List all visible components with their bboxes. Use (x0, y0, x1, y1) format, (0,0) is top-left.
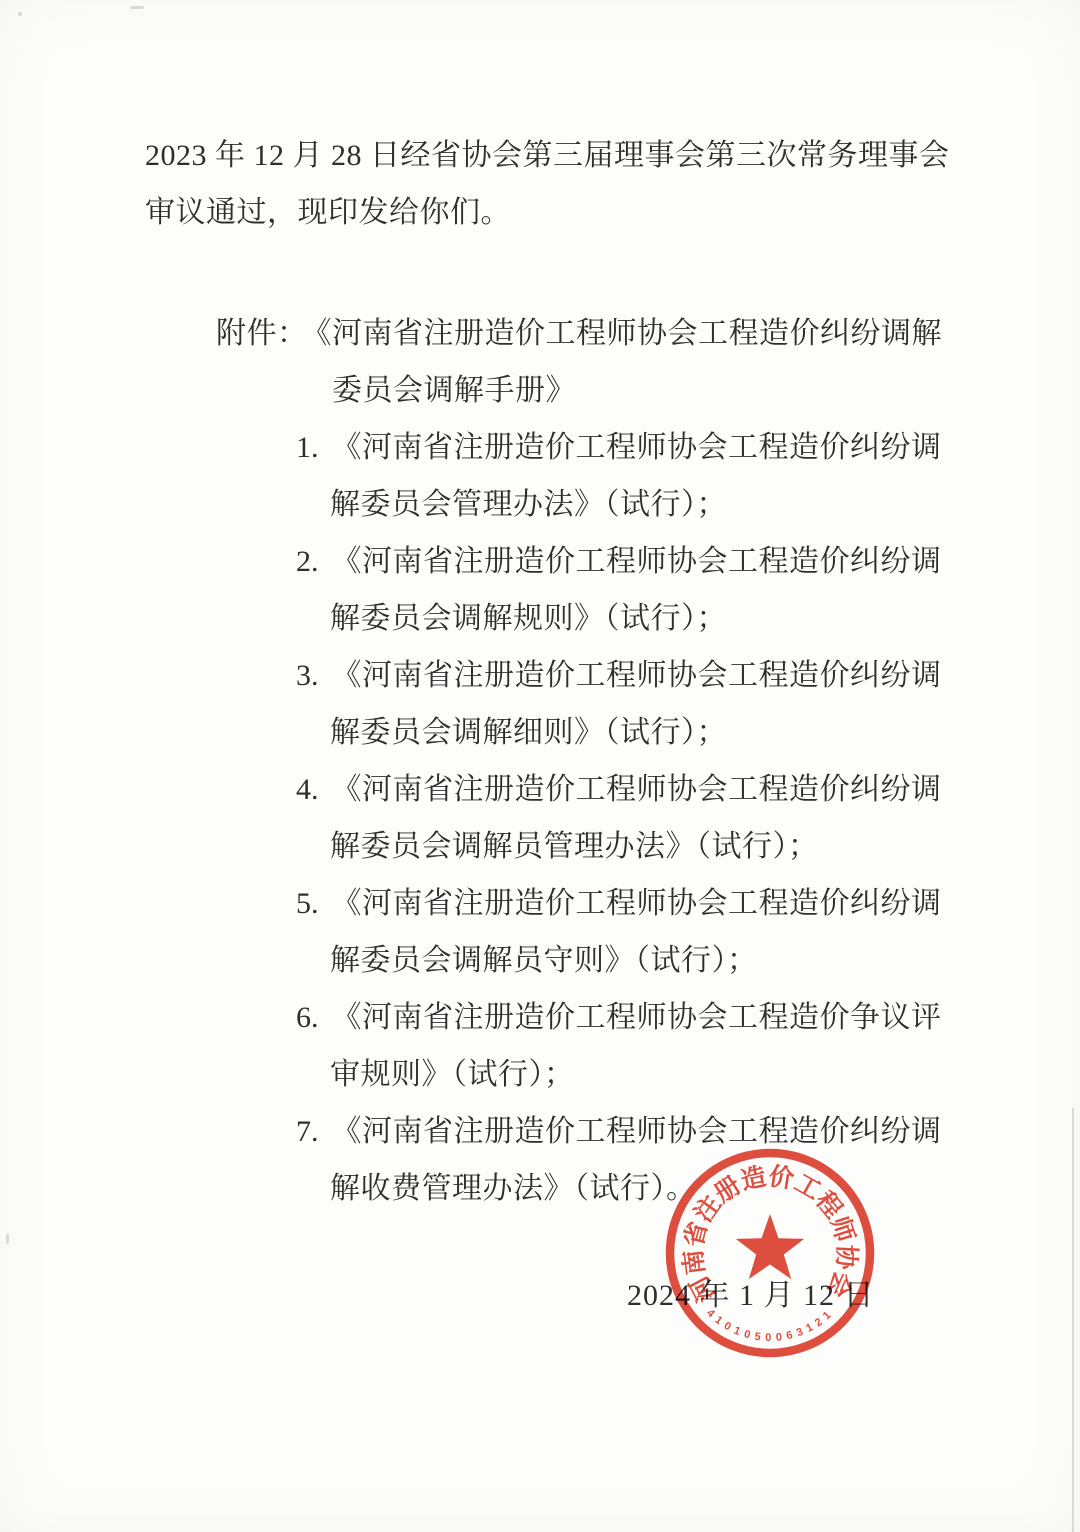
scan-artifact (6, 1234, 9, 1244)
official-seal: 河南省注册造价工程师协会 4101050063121 (655, 1138, 885, 1368)
item-text: 《河南省注册造价工程师协会工程造价纠纷调 (332, 659, 942, 692)
star-icon (736, 1214, 804, 1279)
list-item: 6.《河南省注册造价工程师协会工程造价争议评 审规则》（试行）； (145, 989, 945, 1103)
list-item: 2.《河南省注册造价工程师协会工程造价纠纷调 解委员会调解规则》（试行）； (145, 533, 945, 647)
text-line: 审议通过，现印发给你们。 (145, 184, 945, 241)
scan-edge-artifact (1072, 1108, 1074, 1532)
item-text: 《河南省注册造价工程师协会工程造价争议评 (332, 1001, 942, 1034)
attachment-title-line2: 委员会调解手册》 (332, 362, 945, 419)
item-text: 审规则》（试行）； (330, 1046, 945, 1103)
item-number: 4. (296, 761, 319, 818)
item-text: 《河南省注册造价工程师协会工程造价纠纷调 (332, 887, 942, 920)
item-number: 6. (296, 989, 319, 1046)
item-text: 解委员会调解员守则》（试行）； (330, 932, 945, 989)
attachment-list: 附件：《河南省注册造价工程师协会工程造价纠纷调解 委员会调解手册》 1.《河南省… (145, 305, 945, 1217)
item-number: 3. (296, 647, 319, 704)
item-text: 解委员会调解员管理办法》（试行）； (330, 818, 945, 875)
item-text: 《河南省注册造价工程师协会工程造价纠纷调 (332, 431, 942, 464)
scan-artifact (18, 12, 22, 16)
intro-paragraph: 2023 年 12 月 28 日经省协会第三届理事会第三次常务理事会 审议通过，… (145, 127, 945, 241)
item-number: 2. (296, 533, 319, 590)
document-body: 2023 年 12 月 28 日经省协会第三届理事会第三次常务理事会 审议通过，… (145, 127, 945, 1217)
item-text: 解委员会调解细则》（试行）； (330, 704, 945, 761)
item-text: 《河南省注册造价工程师协会工程造价纠纷调 (332, 773, 942, 806)
scanned-document-page: 2023 年 12 月 28 日经省协会第三届理事会第三次常务理事会 审议通过，… (0, 0, 1080, 1532)
text-line: 2023 年 12 月 28 日经省协会第三届理事会第三次常务理事会 (145, 127, 945, 184)
attachment-title-line1: 《河南省注册造价工程师协会工程造价纠纷调解 (317, 317, 943, 350)
item-text: 《河南省注册造价工程师协会工程造价纠纷调 (332, 545, 942, 578)
attachment-label: 附件： (216, 317, 308, 350)
list-item: 1.《河南省注册造价工程师协会工程造价纠纷调 解委员会管理办法》（试行）； (145, 419, 945, 533)
list-item: 3.《河南省注册造价工程师协会工程造价纠纷调 解委员会调解细则》（试行）； (145, 647, 945, 761)
attachment-heading: 附件：《河南省注册造价工程师协会工程造价纠纷调解 (216, 305, 945, 362)
scan-artifact (130, 6, 144, 9)
item-number: 7. (296, 1103, 319, 1160)
item-text: 解委员会调解规则》（试行）； (330, 590, 945, 647)
list-item: 4.《河南省注册造价工程师协会工程造价纠纷调 解委员会调解员管理办法》（试行）； (145, 761, 945, 875)
item-number: 5. (296, 875, 319, 932)
item-number: 1. (296, 419, 319, 476)
item-text: 解委员会管理办法》（试行）； (330, 476, 945, 533)
list-item: 5.《河南省注册造价工程师协会工程造价纠纷调 解委员会调解员守则》（试行）； (145, 875, 945, 989)
